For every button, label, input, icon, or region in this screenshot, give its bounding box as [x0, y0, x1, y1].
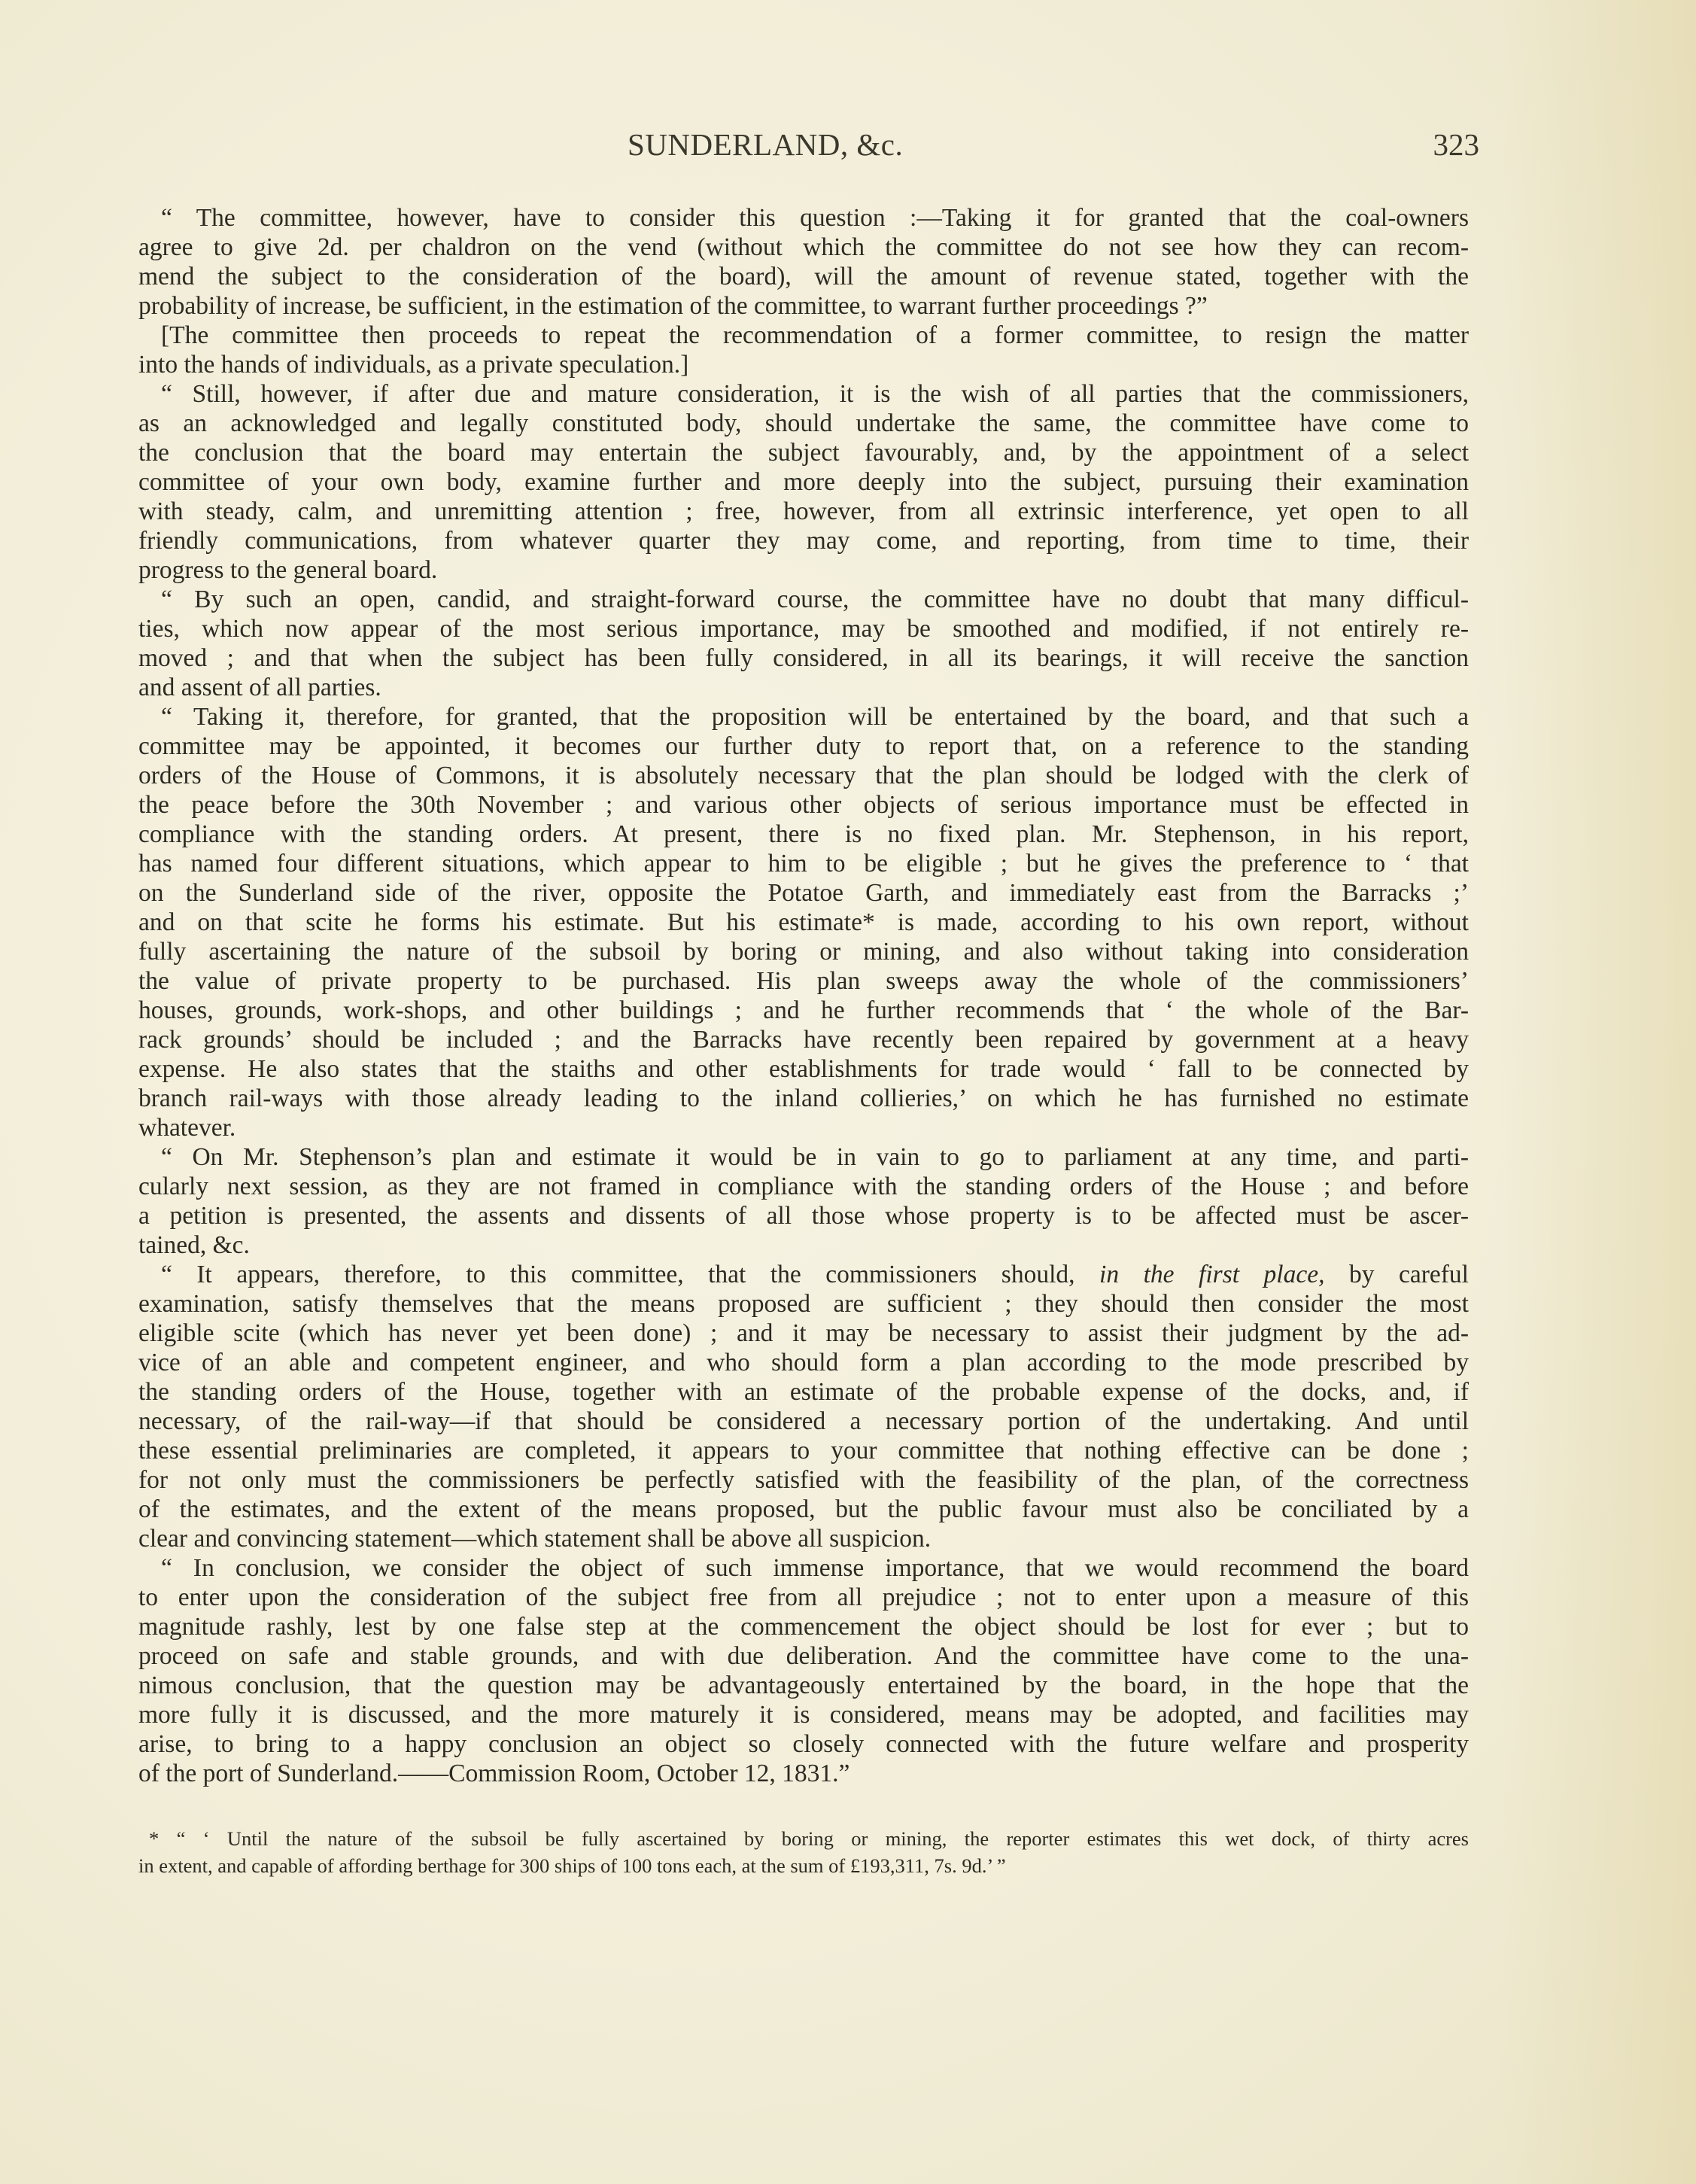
text-line: eligible scite (which has never yet been… [138, 1319, 1469, 1349]
text-line: houses, grounds, work-shops, and other b… [138, 996, 1469, 1026]
text-line: moved ; and that when the subject has be… [138, 643, 1469, 674]
italic-phrase: in the first place, [1099, 1261, 1324, 1288]
text-line: “ The committee, however, have to consid… [161, 203, 1469, 233]
page-edge-shading [1500, 0, 1696, 2184]
text-line: tained, &c. [138, 1230, 1469, 1261]
line-end: by careful [1349, 1261, 1469, 1288]
text-line: vice of an able and competent engineer, … [138, 1348, 1469, 1378]
text-line: more fully it is discussed, and the more… [138, 1700, 1469, 1730]
text-line: examination, satisfy themselves that the… [138, 1289, 1469, 1319]
text-line: committee of your own body, examine furt… [138, 467, 1469, 497]
text-line: a petition is presented, the assents and… [138, 1201, 1469, 1231]
text-line: cularly next session, as they are not fr… [138, 1172, 1469, 1202]
text-line: branch rail-ways with those already lead… [138, 1084, 1469, 1114]
text-line: the standing orders of the House, togeth… [138, 1377, 1469, 1407]
text-line: arise, to bring to a happy conclusion an… [138, 1729, 1469, 1760]
text-line: and on that scite he forms his estimate.… [138, 908, 1469, 938]
text-line: fully ascertaining the nature of the sub… [138, 937, 1469, 967]
text-line: proceed on safe and stable grounds, and … [138, 1641, 1469, 1671]
text-line: compliance with the standing orders. At … [138, 820, 1469, 850]
text-line-with-italic: “ It appears, therefore, to this committ… [161, 1260, 1469, 1290]
text-line: rack grounds’ should be included ; and t… [138, 1025, 1469, 1055]
running-title: SUNDERLAND, &c. [628, 126, 903, 163]
text-line: the peace before the 30th November ; and… [138, 790, 1469, 820]
text-line: as an acknowledged and legally constitut… [138, 409, 1469, 439]
text-line: “ By such an open, candid, and straight-… [161, 585, 1469, 615]
text-line: the conclusion that the board may entert… [138, 438, 1469, 468]
text-line: friendly communications, from whatever q… [138, 526, 1469, 556]
text-line: nimous conclusion, that the question may… [138, 1671, 1469, 1701]
text-line: whatever. [138, 1113, 1469, 1143]
text-line: of the estimates, and the extent of the … [138, 1495, 1469, 1525]
text-line: with steady, calm, and unremitting atten… [138, 497, 1469, 527]
text-line: expense. He also states that the staiths… [138, 1054, 1469, 1084]
text-line: of the port of Sunderland.——Commission R… [138, 1759, 1469, 1789]
text-line: ties, which now appear of the most serio… [138, 614, 1469, 644]
text-line: committee may be appointed, it becomes o… [138, 732, 1469, 762]
text-line: “ In conclusion, we consider the object … [161, 1553, 1469, 1583]
text-line: necessary, of the rail-way—if that shoul… [138, 1407, 1469, 1437]
text-line: the value of private property to be purc… [138, 966, 1469, 996]
text-line: “ On Mr. Stephenson’s plan and estimate … [161, 1142, 1469, 1173]
text-line: on the Sunderland side of the river, opp… [138, 878, 1469, 908]
text-line: progress to the general board. [138, 555, 1469, 586]
text-line: has named four different situations, whi… [138, 849, 1469, 879]
page-header: SUNDERLAND, &c. 323 [138, 126, 1485, 172]
text-line: magnitude rashly, lest by one false step… [138, 1612, 1469, 1642]
text-line: probability of increase, be sufficient, … [138, 291, 1469, 321]
footnote-line: * “ ‘ Until the nature of the subsoil be… [149, 1825, 1469, 1852]
text-line: into the hands of individuals, as a priv… [138, 350, 1469, 380]
footnote-line: in extent, and capable of affording bert… [138, 1852, 1469, 1879]
text-line: and assent of all parties. [138, 673, 1469, 703]
text-line: these essential preliminaries are comple… [138, 1436, 1469, 1466]
text-line: [The committee then proceeds to repeat t… [161, 321, 1469, 351]
text-line: “ Taking it, therefore, for granted, tha… [161, 702, 1469, 732]
text-line: mend the subject to the consideration of… [138, 262, 1469, 292]
text-line: “ Still, however, if after due and matur… [161, 379, 1469, 409]
line-start: “ It appears, therefore, to this committ… [161, 1261, 1075, 1288]
text-line: agree to give 2d. per chaldron on the ve… [138, 233, 1469, 263]
text-line: orders of the House of Commons, it is ab… [138, 761, 1469, 791]
text-line: for not only must the commissioners be p… [138, 1465, 1469, 1495]
text-line: to enter upon the consideration of the s… [138, 1583, 1469, 1613]
text-line: clear and convincing statement—which sta… [138, 1524, 1469, 1554]
page-number: 323 [1433, 126, 1480, 163]
